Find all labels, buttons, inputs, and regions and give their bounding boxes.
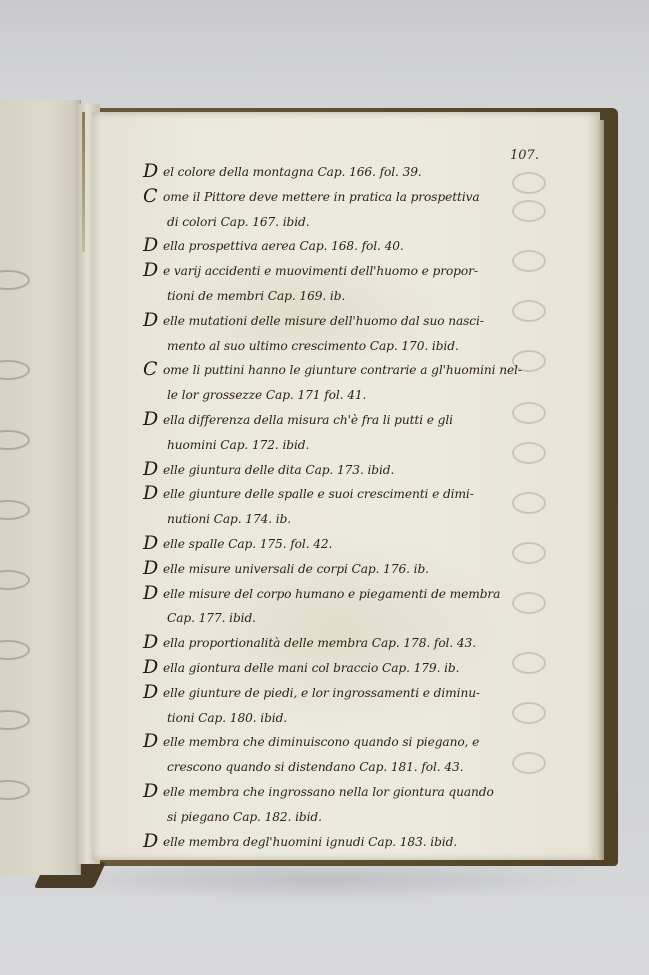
left-page <box>0 100 81 875</box>
binding-thread <box>82 112 85 252</box>
index-entry: D elle misure del corpo humano e piegame… <box>135 582 555 632</box>
index-entry: C ome il Pittore deve mettere in pratica… <box>135 185 555 235</box>
bleed-through-mark <box>0 270 30 290</box>
entry-initial: D <box>143 656 158 678</box>
index-entry: D elle membra che ingrossano nella lor g… <box>135 780 555 830</box>
entry-initial: C <box>143 185 157 207</box>
entry-line: tioni Cap. 180. ibid. <box>135 706 555 731</box>
entry-line: elle mutationi delle misure dell'huomo d… <box>135 309 555 334</box>
index-entry: C ome li puttini hanno le giunture contr… <box>135 358 555 408</box>
index-entry: D elle membra che diminuiscono quando si… <box>135 730 555 780</box>
entry-line: elle giunture de piedi, e lor ingrossame… <box>135 681 555 706</box>
entry-line: ome li puttini hanno le giunture contrar… <box>135 358 555 383</box>
index-entry: D el colore della montagna Cap. 166. fol… <box>135 160 555 185</box>
bleed-through-mark <box>0 640 30 660</box>
bleed-through-mark <box>0 710 30 730</box>
entry-line: el colore della montagna Cap. 166. fol. … <box>135 160 555 185</box>
entry-line: huomini Cap. 172. ibid. <box>135 433 555 458</box>
index-entry: D e varij accidenti e muovimenti dell'hu… <box>135 259 555 309</box>
entry-initial: D <box>143 730 158 752</box>
entry-line: elle membra che ingrossano nella lor gio… <box>135 780 555 805</box>
entry-initial: D <box>143 631 158 653</box>
entry-initial: D <box>143 780 158 802</box>
entry-initial: D <box>143 532 158 554</box>
entry-initial: D <box>143 582 158 604</box>
entry-line: elle giuntura delle dita Cap. 173. ibid. <box>135 458 555 483</box>
index-entry: D elle mutationi delle misure dell'huomo… <box>135 309 555 359</box>
bleed-through-mark <box>0 570 30 590</box>
entry-line: elle giunture delle spalle e suoi cresci… <box>135 482 555 507</box>
bleed-through-mark <box>0 430 30 450</box>
entry-line: Cap. 177. ibid. <box>135 606 555 631</box>
entry-line: ella giontura delle mani col braccio Cap… <box>135 656 555 681</box>
index-entry: D ella proportionalità delle membra Cap.… <box>135 631 555 656</box>
index-entry: D ella prospettiva aerea Cap. 168. fol. … <box>135 234 555 259</box>
entry-line: ella differenza della misura ch'è fra li… <box>135 408 555 433</box>
bleed-through-mark <box>0 500 30 520</box>
entry-line: elle misure universali de corpi Cap. 176… <box>135 557 555 582</box>
index-entry: D elle giunture delle spalle e suoi cres… <box>135 482 555 532</box>
index-entry: D elle membra degl'huomini ignudi Cap. 1… <box>135 830 555 855</box>
entry-initial: D <box>143 482 158 504</box>
entry-initial: D <box>143 160 158 182</box>
table-shadow <box>40 860 600 900</box>
bleed-through-mark <box>0 360 30 380</box>
bleed-through-mark <box>0 780 30 800</box>
entry-initial: D <box>143 408 158 430</box>
entry-initial: C <box>143 358 157 380</box>
entry-initial: D <box>143 309 158 331</box>
entry-line: mento al suo ultimo crescimento Cap. 170… <box>135 334 555 359</box>
index-entry: D elle giuntura delle dita Cap. 173. ibi… <box>135 458 555 483</box>
index-entry: D ella differenza della misura ch'è fra … <box>135 408 555 458</box>
entry-line: elle misure del corpo humano e piegament… <box>135 582 555 607</box>
entry-line: nutioni Cap. 174. ib. <box>135 507 555 532</box>
entry-line: si piegano Cap. 182. ibid. <box>135 805 555 830</box>
chapter-index: D el colore della montagna Cap. 166. fol… <box>135 160 555 854</box>
entry-line: crescono quando si distendano Cap. 181. … <box>135 755 555 780</box>
entry-initial: D <box>143 830 158 852</box>
index-entry: D elle misure universali de corpi Cap. 1… <box>135 557 555 582</box>
entry-initial: D <box>143 557 158 579</box>
entry-initial: D <box>143 234 158 256</box>
entry-line: ella prospettiva aerea Cap. 168. fol. 40… <box>135 234 555 259</box>
entry-line: di colori Cap. 167. ibid. <box>135 210 555 235</box>
entry-line: elle membra che diminuiscono quando si p… <box>135 730 555 755</box>
entry-line: ome il Pittore deve mettere in pratica l… <box>135 185 555 210</box>
entry-line: elle membra degl'huomini ignudi Cap. 183… <box>135 830 555 855</box>
entry-initial: D <box>143 259 158 281</box>
entry-initial: D <box>143 458 158 480</box>
page-fore-edge <box>596 120 604 860</box>
entry-line: tioni de membri Cap. 169. ib. <box>135 284 555 309</box>
index-entry: D elle spalle Cap. 175. fol. 42. <box>135 532 555 557</box>
entry-line: e varij accidenti e muovimenti dell'huom… <box>135 259 555 284</box>
index-entry: D ella giontura delle mani col braccio C… <box>135 656 555 681</box>
entry-line: le lor grossezze Cap. 171 fol. 41. <box>135 383 555 408</box>
entry-initial: D <box>143 681 158 703</box>
entry-line: ella proportionalità delle membra Cap. 1… <box>135 631 555 656</box>
index-entry: D elle giunture de piedi, e lor ingrossa… <box>135 681 555 731</box>
entry-line: elle spalle Cap. 175. fol. 42. <box>135 532 555 557</box>
